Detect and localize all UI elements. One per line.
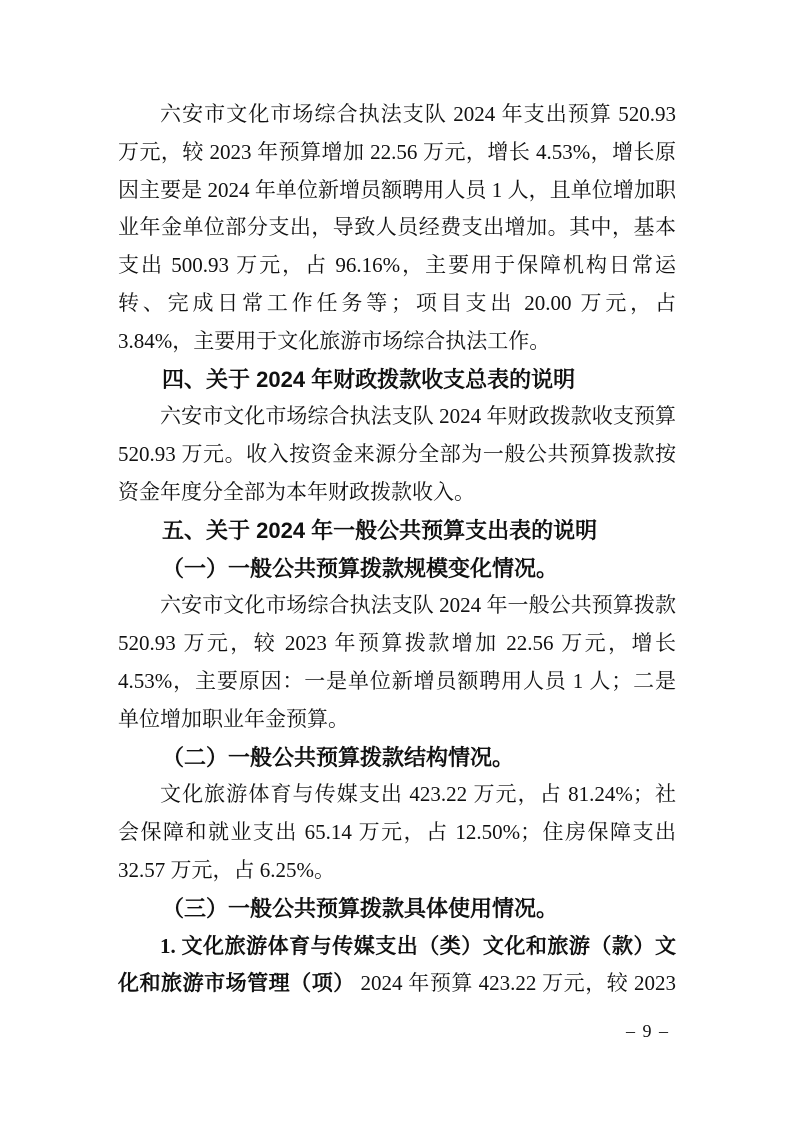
- page-number: – 9 –: [626, 1021, 668, 1042]
- section-heading-4-fiscal-appropriation-table: 四、关于 2024 年财政拨款收支总表的说明: [118, 361, 676, 399]
- document-body: 六安市文化市场综合执法支队 2024 年支出预算 520.93 万元，较 202…: [118, 96, 676, 1003]
- subsection-heading-2-structure: （二）一般公共预算拨款结构情况。: [118, 739, 676, 777]
- paragraph-expenditure-budget-summary: 六安市文化市场综合执法支队 2024 年支出预算 520.93 万元，较 202…: [118, 96, 676, 361]
- subsection-heading-1-scale-change: （一）一般公共预算拨款规模变化情况。: [118, 550, 676, 588]
- paragraph-structure-detail: 文化旅游体育与传媒支出 423.22 万元，占 81.24%；社会保障和就业支出…: [118, 776, 676, 889]
- paragraph-item-1-rest: 2024 年预算 423.22 万元，较 2023: [355, 971, 676, 995]
- document-page: 六安市文化市场综合执法支队 2024 年支出预算 520.93 万元，较 202…: [0, 0, 793, 1122]
- paragraph-item-1-culture-tourism-expenditure: 1. 文化旅游体育与传媒支出（类）文化和旅游（款）文化和旅游市场管理（项） 20…: [118, 928, 676, 1004]
- section-heading-5-general-public-budget-table: 五、关于 2024 年一般公共预算支出表的说明: [118, 512, 676, 550]
- paragraph-fiscal-appropriation-summary: 六安市文化市场综合执法支队 2024 年财政拨款收支预算 520.93 万元。收…: [118, 398, 676, 511]
- paragraph-scale-change-detail: 六安市文化市场综合执法支队 2024 年一般公共预算拨款 520.93 万元，较…: [118, 587, 676, 738]
- subsection-heading-3-specific-usage: （三）一般公共预算拨款具体使用情况。: [118, 890, 676, 928]
